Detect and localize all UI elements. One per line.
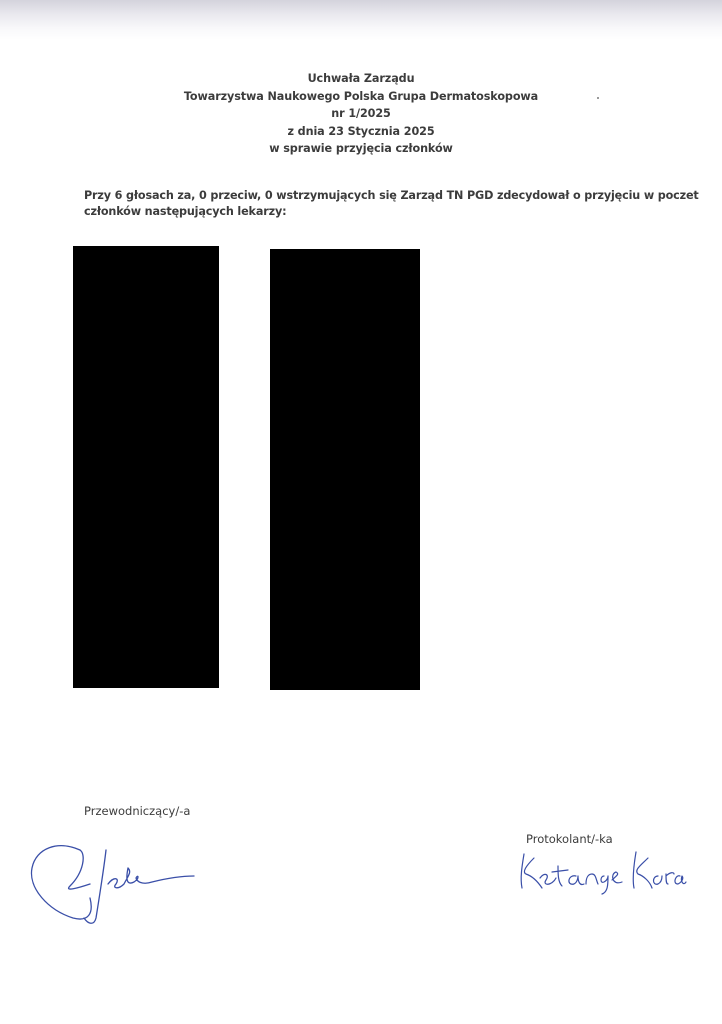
resolution-body: Przy 6 głosach za, 0 przeciw, 0 wstrzymu… (84, 188, 664, 220)
resolution-title: Uchwała Zarządu (0, 70, 722, 88)
chair-signature (28, 838, 208, 928)
secretary-label: Protokolant/-ka (526, 832, 613, 846)
body-line-2: członków następujących lekarzy: (84, 204, 664, 220)
organization-name: Towarzystwa Naukowego Polska Grupa Derma… (0, 88, 722, 106)
resolution-number: nr 1/2025 (0, 105, 722, 123)
body-line-1: Przy 6 głosach za, 0 przeciw, 0 wstrzymu… (84, 188, 664, 204)
scan-shadow (0, 0, 722, 40)
redacted-list-right (270, 249, 420, 690)
chair-label: Przewodniczący/-a (84, 804, 190, 818)
secretary-signature (512, 848, 687, 898)
redacted-list-left (73, 246, 219, 688)
resolution-date: z dnia 23 Stycznia 2025 (0, 123, 722, 141)
resolution-header: Uchwała Zarządu Towarzystwa Naukowego Po… (0, 70, 722, 158)
resolution-subject: w sprawie przyjęcia członków (0, 140, 722, 158)
